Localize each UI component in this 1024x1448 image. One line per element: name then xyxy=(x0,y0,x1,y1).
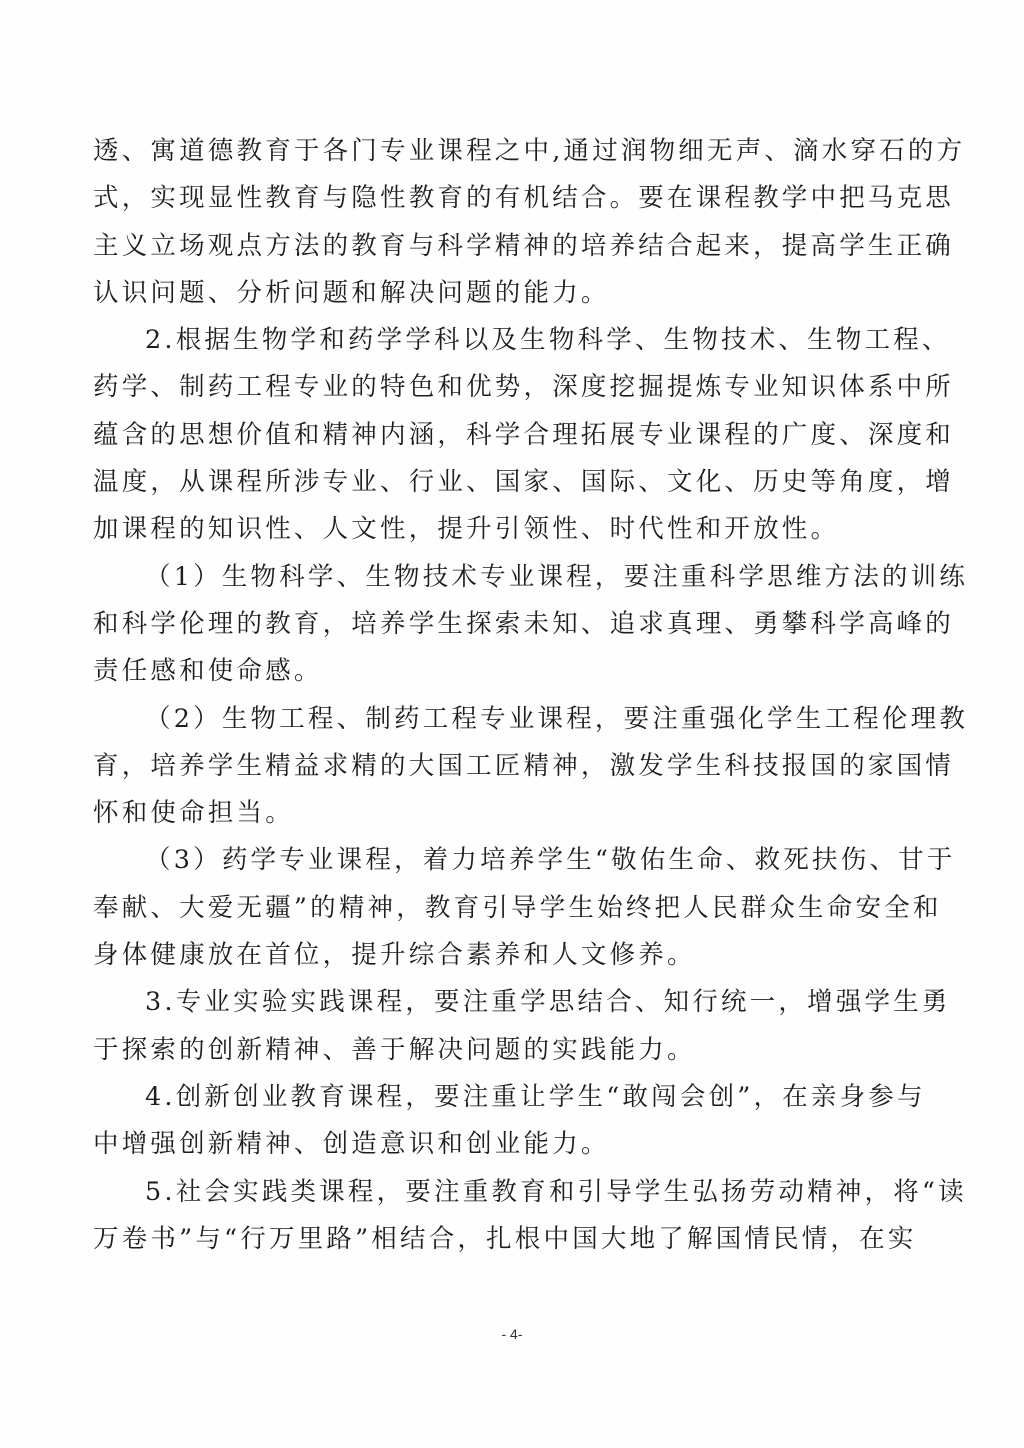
page-number: - 4- xyxy=(0,1326,1024,1342)
text-line: 中增强创新精神、创造意识和创业能力。 xyxy=(93,1121,933,1168)
paragraph-subitem-1: （1）生物科学、生物技术专业课程，要注重科学思维方法的训练 和科学伦理的教育，培… xyxy=(93,554,933,696)
text-line: （1）生物科学、生物技术专业课程，要注重科学思维方法的训练 xyxy=(93,554,933,601)
paragraph-continuation: 透、寓道德教育于各门专业课程之中,通过润物细无声、滴水穿石的方 式，实现显性教育… xyxy=(93,128,933,317)
text-line: 主义立场观点方法的教育与科学精神的培养结合起来，提高学生正确 xyxy=(93,223,933,270)
text-line: 3.专业实验实践课程，要注重学思结合、知行统一，增强学生勇 xyxy=(93,979,933,1026)
text-line: 身体健康放在首位，提升综合素养和人文修养。 xyxy=(93,932,933,979)
paragraph-item-5: 5.社会实践类课程，要注重教育和引导学生弘扬劳动精神，将“读 万卷书”与“行万里… xyxy=(93,1169,933,1264)
text-line: 怀和使命担当。 xyxy=(93,790,933,837)
paragraph-subitem-3: （3）药学专业课程，着力培养学生“敬佑生命、救死扶伤、甘于 奉献、大爱无疆”的精… xyxy=(93,837,933,979)
paragraph-item-2: 2.根据生物学和药学学科以及生物科学、生物技术、生物工程、 药学、制药工程专业的… xyxy=(93,317,933,553)
text-line: 透、寓道德教育于各门专业课程之中,通过润物细无声、滴水穿石的方 xyxy=(93,128,933,175)
text-line: 药学、制药工程专业的特色和优势，深度挖掘提炼专业知识体系中所 xyxy=(93,364,933,411)
body-text: 透、寓道德教育于各门专业课程之中,通过润物细无声、滴水穿石的方 式，实现显性教育… xyxy=(93,128,933,1263)
text-line: 责任感和使命感。 xyxy=(93,648,933,695)
text-line: 和科学伦理的教育，培养学生探索未知、追求真理、勇攀科学高峰的 xyxy=(93,601,933,648)
text-line: 育，培养学生精益求精的大国工匠精神，激发学生科技报国的家国情 xyxy=(93,743,933,790)
text-line: 2.根据生物学和药学学科以及生物科学、生物技术、生物工程、 xyxy=(93,317,933,364)
paragraph-item-4: 4.创新创业教育课程，要注重让学生“敢闯会创”，在亲身参与 中增强创新精神、创造… xyxy=(93,1074,933,1169)
text-line: 温度，从课程所涉专业、行业、国家、国际、文化、历史等角度，增 xyxy=(93,459,933,506)
text-line: 式，实现显性教育与隐性教育的有机结合。要在课程教学中把马克思 xyxy=(93,175,933,222)
text-line: 万卷书”与“行万里路”相结合，扎根中国大地了解国情民情，在实 xyxy=(93,1216,933,1263)
text-line: 于探索的创新精神、善于解决问题的实践能力。 xyxy=(93,1027,933,1074)
paragraph-subitem-2: （2）生物工程、制药工程专业课程，要注重强化学生工程伦理教 育，培养学生精益求精… xyxy=(93,696,933,838)
text-line: 奉献、大爱无疆”的精神，教育引导学生始终把人民群众生命安全和 xyxy=(93,885,933,932)
text-line: （2）生物工程、制药工程专业课程，要注重强化学生工程伦理教 xyxy=(93,696,933,743)
paragraph-item-3: 3.专业实验实践课程，要注重学思结合、知行统一，增强学生勇 于探索的创新精神、善… xyxy=(93,979,933,1074)
text-line: 认识问题、分析问题和解决问题的能力。 xyxy=(93,270,933,317)
text-line: 4.创新创业教育课程，要注重让学生“敢闯会创”，在亲身参与 xyxy=(93,1074,933,1121)
text-line: 加课程的知识性、人文性，提升引领性、时代性和开放性。 xyxy=(93,506,933,553)
text-line: 5.社会实践类课程，要注重教育和引导学生弘扬劳动精神，将“读 xyxy=(93,1169,933,1216)
text-line: （3）药学专业课程，着力培养学生“敬佑生命、救死扶伤、甘于 xyxy=(93,837,933,884)
document-page: 透、寓道德教育于各门专业课程之中,通过润物细无声、滴水穿石的方 式，实现显性教育… xyxy=(0,0,1024,1448)
text-line: 蕴含的思想价值和精神内涵，科学合理拓展专业课程的广度、深度和 xyxy=(93,412,933,459)
